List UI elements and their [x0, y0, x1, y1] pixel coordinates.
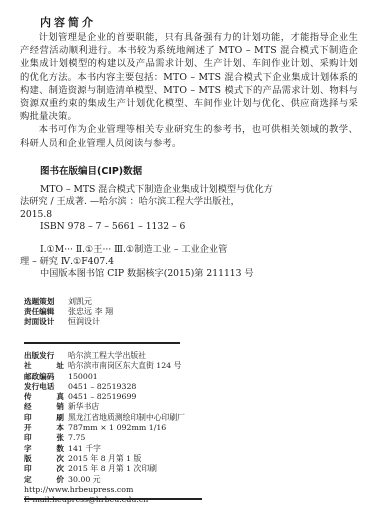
credit-value: 张忠远 李 翔	[64, 307, 113, 317]
publication-info: 出版发行哈尔滨工程大学出版社 社址哈尔滨市南岗区东大直街 124 号 邮政编码1…	[24, 351, 185, 505]
pub-value: 7.75	[64, 433, 85, 443]
cip-title-line: 法研究 / 王成著. —哈尔滨 ：哈尔滨工程大学出版社，	[20, 196, 320, 208]
pub-label: 发行电话	[24, 382, 64, 392]
intro-paragraph: 计划管理是企业的首要职能，只有具备强有力的计划功能，才能指导企业生产经营活动顺利…	[20, 31, 358, 123]
pub-value: 150001	[64, 372, 98, 382]
credit-row: 选题策划 刘凯元	[24, 297, 113, 307]
pub-value: 2015 年 8 月第 1 版	[64, 454, 141, 464]
pub-label: 版次	[24, 454, 64, 464]
cip-heading: 图书在版编目(CIP)数据	[40, 163, 142, 177]
credit-row: 责任编辑 张忠远 李 翔	[24, 307, 113, 317]
cip-record: 中国版本图书馆 CIP 数据核字(2015)第 211113 号	[20, 268, 320, 280]
pub-value: 2015 年 8 月第 1 次印刷	[64, 464, 157, 474]
pub-value: 30.00 元	[64, 475, 101, 485]
pub-value: 哈尔滨工程大学出版社	[64, 351, 146, 361]
pub-label: 定价	[24, 475, 64, 485]
pub-value: 141 千字	[64, 444, 101, 454]
credit-label: 责任编辑	[24, 307, 64, 317]
pub-label: 传真	[24, 392, 64, 402]
intro-paragraph: 本书可作为企业管理等相关专业研究生的参考书，也可供相关领域的教学、科研人员和企业…	[20, 123, 358, 149]
divider-bottom	[24, 498, 202, 500]
cip-title-line: MTO – MTS 混合模式下制造企业集成计划模型与优化方	[20, 184, 320, 196]
intro-title: 内容简介	[40, 14, 96, 30]
website-link[interactable]: http://www.hrbeupress.com	[24, 485, 185, 495]
pub-value: 哈尔滨市南岗区东大直街 124 号	[64, 361, 181, 371]
credit-row: 封面设计 恒润设计	[24, 317, 113, 327]
divider-top	[24, 342, 180, 344]
cip-date: 2015.8	[20, 209, 320, 221]
intro-text: 计划管理是企业的首要职能，只有具备强有力的计划功能，才能指导企业生产经营活动顺利…	[20, 31, 358, 150]
pub-label: 印刷	[24, 413, 64, 423]
pub-label: 字数	[24, 444, 64, 454]
pub-label: 社址	[24, 361, 64, 371]
pub-value: 787mm × 1 092mm 1/16	[64, 423, 166, 433]
credit-value: 恒润设计	[64, 317, 100, 327]
pub-label: 邮政编码	[24, 372, 64, 382]
copyright-page: 内容简介 计划管理是企业的首要职能，只有具备强有力的计划功能，才能指导企业生产经…	[0, 0, 375, 528]
pub-value: 0451 – 82519328	[64, 382, 136, 392]
cip-isbn: ISBN 978 – 7 – 5661 – 1132 – 6	[20, 221, 320, 233]
credit-label: 封面设计	[24, 317, 64, 327]
cip-block: MTO – MTS 混合模式下制造企业集成计划模型与优化方 法研究 / 王成著.…	[20, 184, 320, 281]
pub-label: 经销	[24, 402, 64, 412]
cip-classification: 理 – 研究 Ⅳ.①F407.4	[20, 256, 320, 268]
pub-value: 新华书店	[64, 402, 99, 412]
credit-value: 刘凯元	[64, 297, 92, 307]
email-link[interactable]: E-mail:heupress@hrbeu.edu.cn	[24, 495, 185, 505]
pub-value: 黑龙江省地质测绘印制中心印刷厂	[64, 413, 185, 423]
pub-label: 印次	[24, 464, 64, 474]
pub-label: 开本	[24, 423, 64, 433]
pub-label: 印张	[24, 433, 64, 443]
cip-classification: Ⅰ.①M··· Ⅱ.①王··· Ⅲ.①制造工业 – 工业企业管	[20, 244, 320, 256]
credit-label: 选题策划	[24, 297, 64, 307]
pub-value: 0451 – 82519699	[64, 392, 136, 402]
pub-label: 出版发行	[24, 351, 64, 361]
credits-block: 选题策划 刘凯元 责任编辑 张忠远 李 翔 封面设计 恒润设计	[24, 297, 113, 328]
